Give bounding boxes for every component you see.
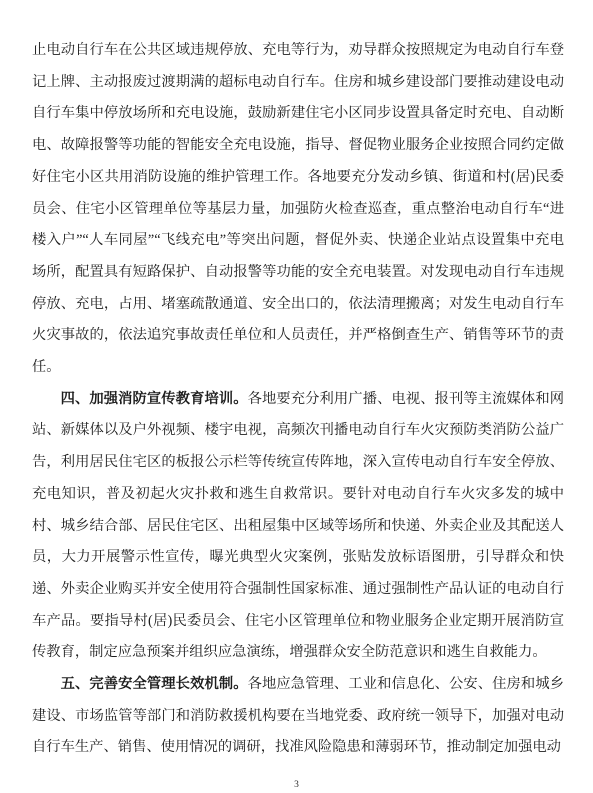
paragraph-text: 各地要充分利用广播、电视、报刊等主流媒体和网站、新媒体以及户外视频、楼宇电视，高… (32, 391, 564, 661)
document-body: 止电动自行车在公共区域违规停放、充电等行为，劝导群众按照规定为电动自行车登记上牌… (32, 35, 564, 764)
section-4-paragraph: 四、加强消防宣传教育培训。各地要充分利用广播、电视、报刊等主流媒体和网站、新媒体… (32, 384, 564, 669)
page-number: 3 (0, 780, 593, 791)
document-page: 止电动自行车在公共区域违规停放、充电等行为，劝导群众按照规定为电动自行车登记上牌… (0, 0, 593, 793)
section-4-heading: 四、加强消防宣传教育培训。 (61, 391, 248, 407)
paragraph-text: 止电动自行车在公共区域违规停放、充电等行为，劝导群众按照规定为电动自行车登记上牌… (32, 42, 564, 375)
section-5-paragraph: 五、完善安全管理长效机制。各地应急管理、工业和信息化、公安、住房和城乡建设、市场… (32, 669, 564, 764)
paragraph-continuation: 止电动自行车在公共区域违规停放、充电等行为，劝导群众按照规定为电动自行车登记上牌… (32, 35, 564, 384)
section-5-heading: 五、完善安全管理长效机制。 (61, 676, 248, 692)
